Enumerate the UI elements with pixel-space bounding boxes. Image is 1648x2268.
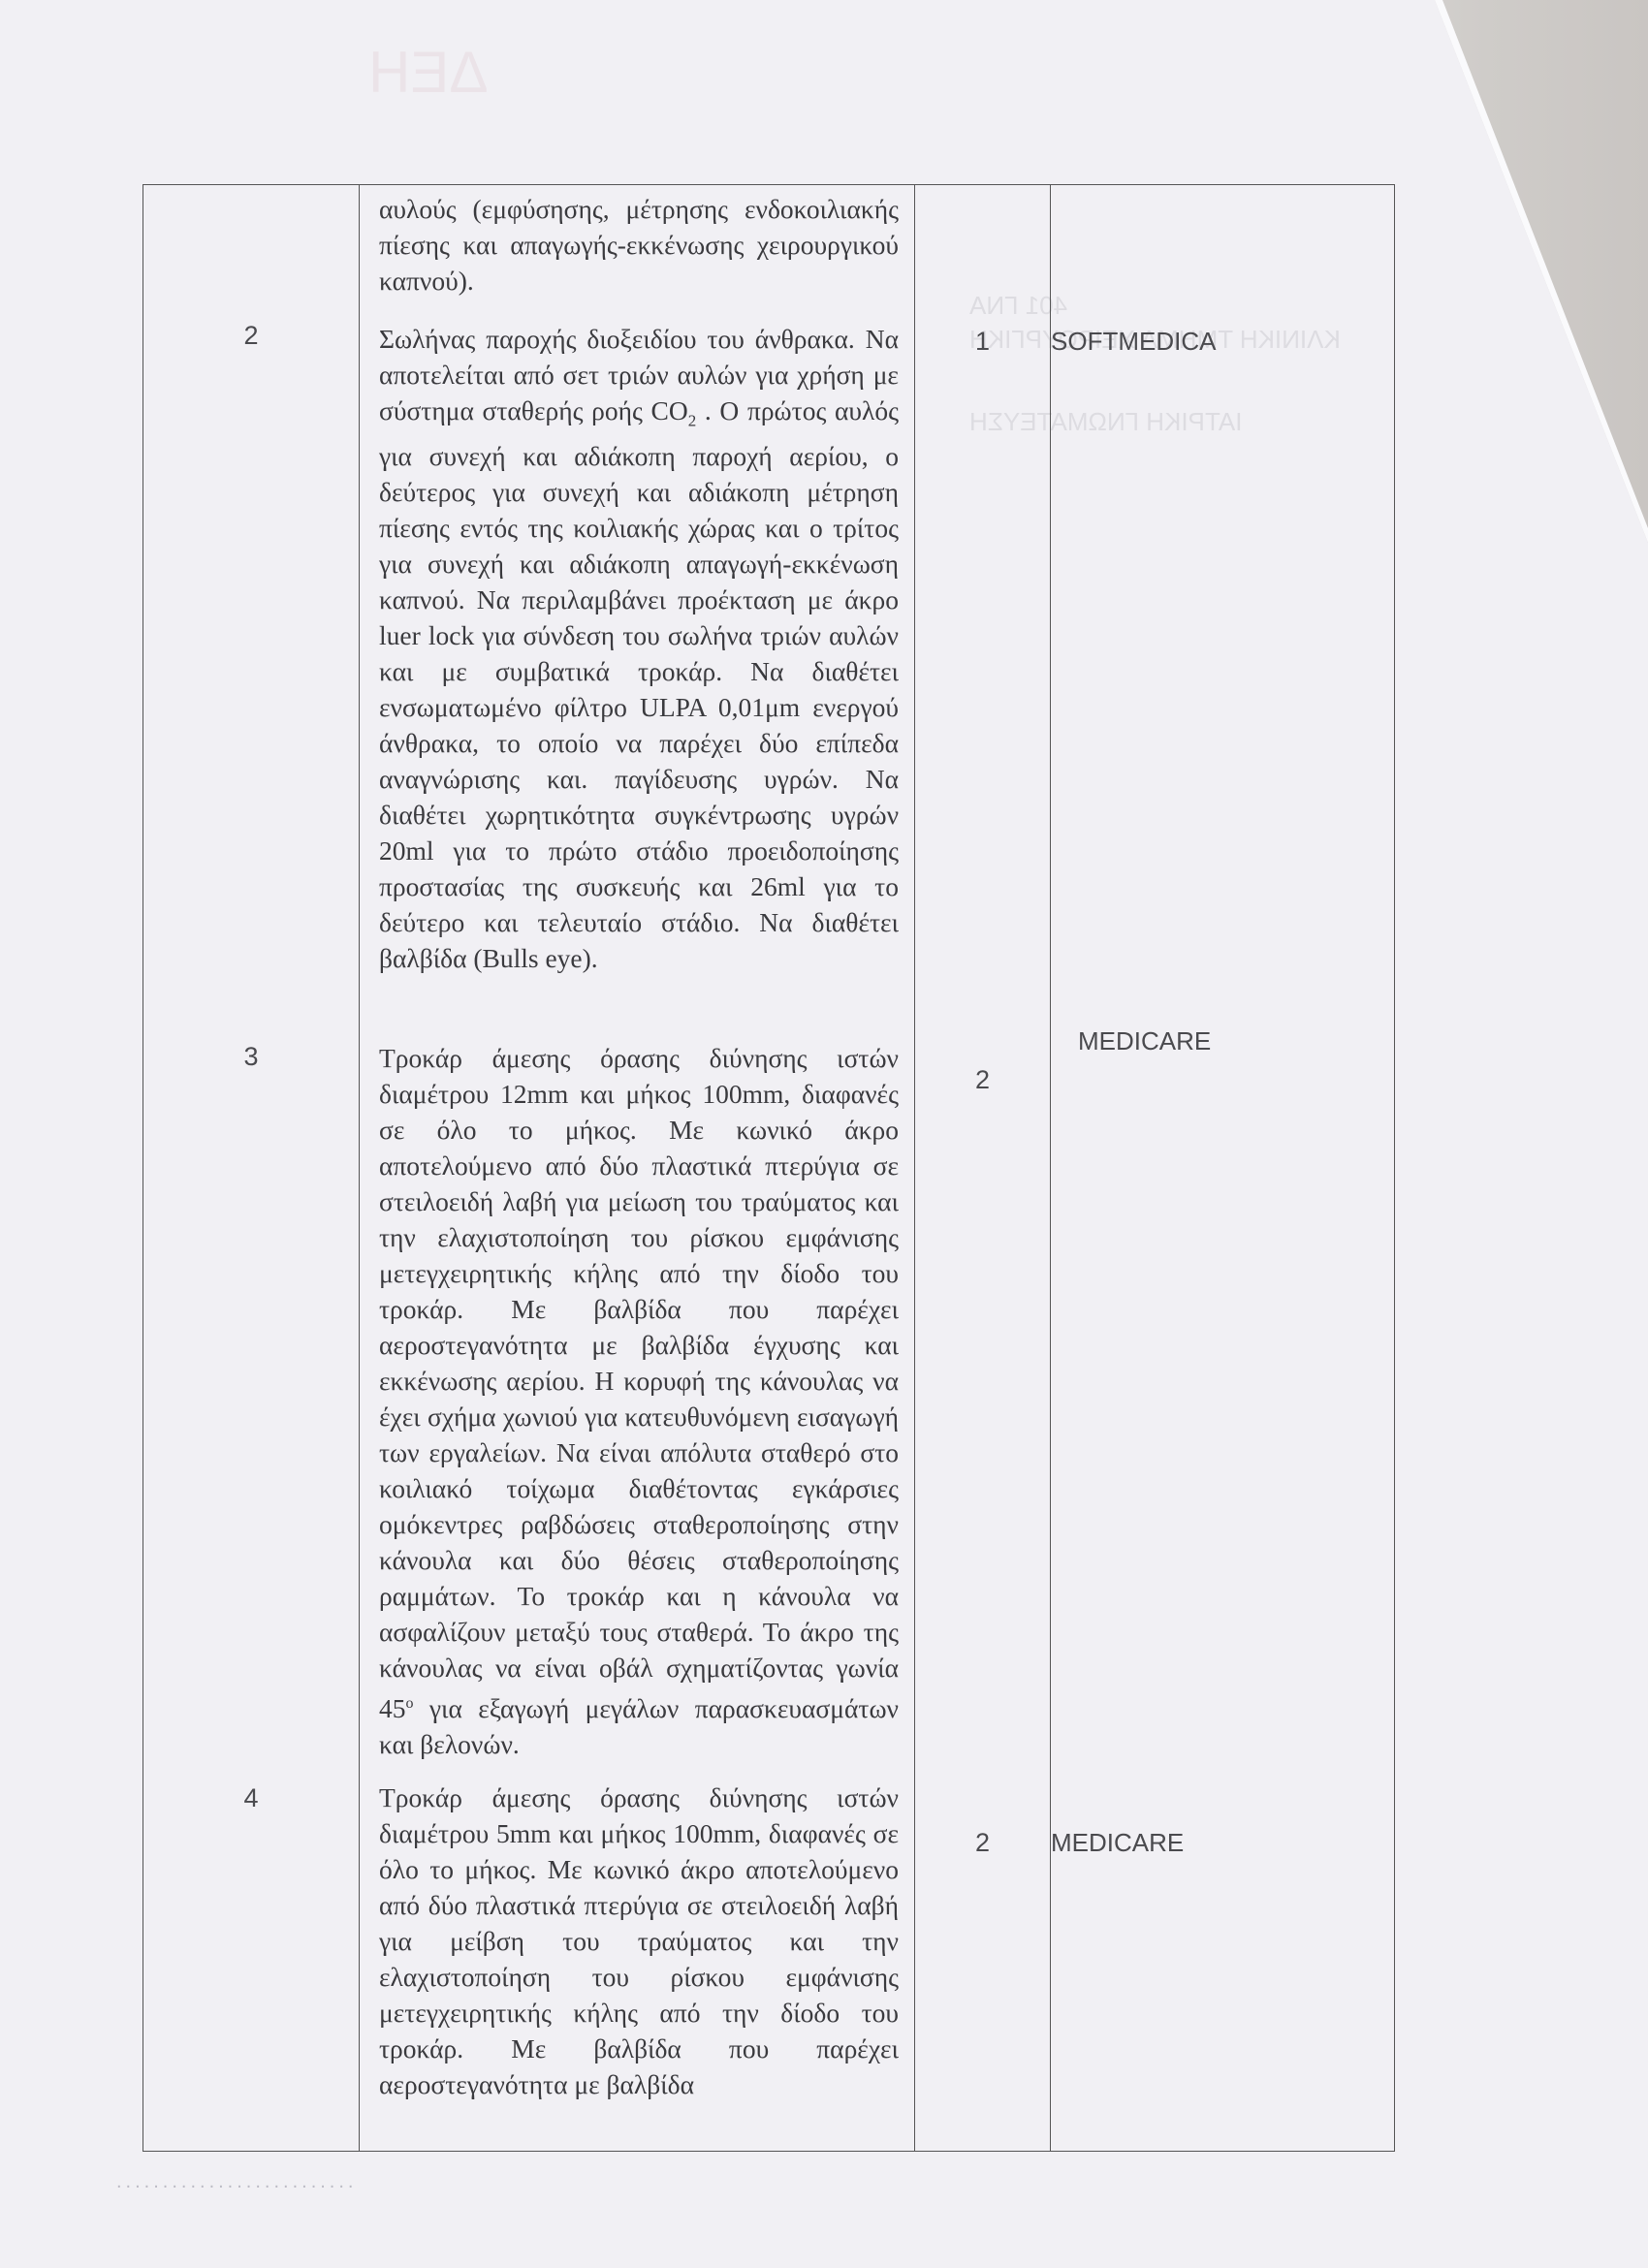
quantity-cell: 1 [915,321,1051,1005]
supplier-cell: SOFTMEDICA [1051,321,1395,1005]
item-description: αυλούς (εμφύσησης, μέτρησης ενδοκοιλιακή… [360,185,914,299]
supplier-cell: MEDICARE [1051,1762,1395,2152]
item-description: Τροκάρ άμεσης όρασης διύνησης ιστών διαμ… [360,1005,914,1762]
table-row: 3 Τροκάρ άμεσης όρασης διύνησης ιστών δι… [143,1005,1395,1762]
item-number-cell [143,185,360,321]
item-number-cell: 4 [143,1762,360,2152]
supplier-cell [1051,185,1395,321]
supplier-name: SOFTMEDICA [1051,327,1394,357]
supplier-name: MEDICARE [1051,1026,1394,1056]
quantity-value: 2 [915,1065,1050,1095]
quantity-value: 1 [915,327,1050,357]
table-row: 2 Σωλήνας παροχής διοξειδίου του άνθρακα… [143,321,1395,1005]
table-row: 4 Τροκάρ άμεσης όρασης διύνησης ιστών δι… [143,1762,1395,2152]
item-number-cell: 2 [143,321,360,1005]
quantity-cell [915,185,1051,321]
item-description: Τροκάρ άμεσης όρασης διύνησης ιστών διαμ… [360,1762,914,2102]
description-cell: αυλούς (εμφύσησης, μέτρησης ενδοκοιλιακή… [360,185,915,321]
supplier-cell: MEDICARE [1051,1005,1395,1762]
quantity-cell: 2 [915,1005,1051,1762]
item-number: 4 [143,1783,359,1813]
description-cell: Τροκάρ άμεσης όρασης διύνησης ιστών διαμ… [360,1762,915,2152]
specifications-table: αυλούς (εμφύσησης, μέτρησης ενδοκοιλιακή… [143,184,1395,2152]
description-cell: Τροκάρ άμεσης όρασης διύνησης ιστών διαμ… [360,1005,915,1762]
item-number: 3 [143,1042,359,1072]
item-description: Σωλήνας παροχής διοξειδίου του άνθρακα. … [360,321,914,977]
item-number: 2 [143,321,359,351]
quantity-cell: 2 [915,1762,1051,2152]
item-number-cell: 3 [143,1005,360,1762]
supplier-name: MEDICARE [1051,1828,1394,1858]
signature-dotted-line: .......................... [116,2171,357,2193]
table-row: αυλούς (εμφύσησης, μέτρησης ενδοκοιλιακή… [143,185,1395,321]
description-cell: Σωλήνας παροχής διοξειδίου του άνθρακα. … [360,321,915,1005]
quantity-value: 2 [915,1828,1050,1858]
